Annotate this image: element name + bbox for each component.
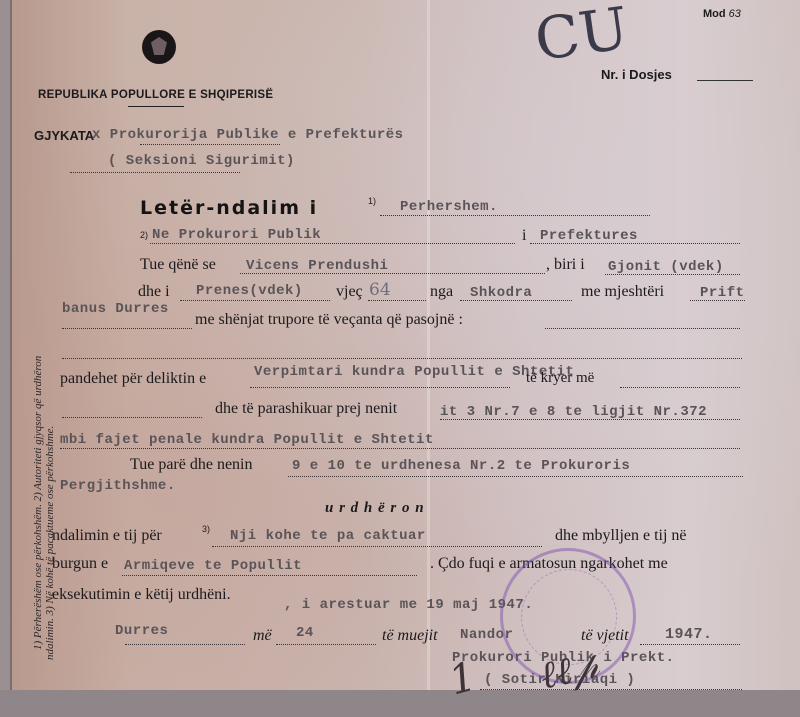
model-number: 63: [729, 8, 741, 20]
law-label: dhe të parashikuar prej nenit: [215, 400, 397, 418]
father-line: [605, 274, 740, 275]
age-label: vjeç: [336, 283, 363, 301]
year-typed: 1947.: [665, 626, 713, 643]
age-line: [368, 300, 426, 301]
prefecture-typed: Prefektures: [540, 228, 638, 244]
model-label-text: Mod: [703, 8, 726, 20]
residence-typed: banus Durres: [62, 301, 169, 317]
authority-line: [150, 243, 515, 244]
from-label: nga: [430, 283, 453, 301]
republic-heading: REPUBLIKA POPULLORE E SHQIPERISË: [38, 89, 273, 101]
court-line: [140, 144, 280, 145]
execution-label: eksekutimin e këtij urdhëni.: [52, 586, 231, 604]
heading-underline: [128, 106, 184, 107]
model-label: Mod 63: [703, 8, 741, 20]
father-typed: Gjonit (vdek): [608, 259, 724, 275]
duration-line: [212, 546, 542, 547]
origin-line: [460, 300, 572, 301]
file-number-line: [697, 80, 753, 81]
law-line-left: [62, 417, 202, 418]
footnote-ref-2: 2): [140, 230, 148, 240]
closing-label: dhe mbylljen e tij në: [555, 527, 687, 545]
handwritten-mark: CU: [531, 0, 633, 74]
document-title: Letër-ndalim i: [140, 197, 318, 219]
seen-typed: 9 e 10 te urdhenesa Nr.2 te Prokuroris: [292, 458, 630, 474]
prison-line: [122, 575, 417, 576]
side-note-2: ndalimin. 3) Në kohë të pacaktueme ose p…: [44, 426, 56, 660]
residence-line: [62, 328, 192, 329]
side-note-1: 1) Përherëshëm ose përkohshëm. 2) Autori…: [32, 356, 44, 650]
arrest-type-typed: Perhershem.: [400, 199, 498, 215]
authority-typed: Ne Prokurori Publik: [152, 227, 321, 243]
arrested-typed: , i arestuar me 19 maj 1947.: [284, 597, 533, 613]
origin-typed: Shkodra: [470, 285, 532, 301]
law-cont-typed: mbi fajet penale kundra Popullit e Shtet…: [60, 432, 434, 448]
crime-line: [250, 387, 510, 388]
place-line: [125, 644, 245, 645]
age-handwritten: 64: [369, 280, 391, 300]
footnote-ref-3: 3): [202, 524, 210, 534]
features-line-2: [62, 358, 742, 359]
court-typed: x Prokurorija Publike e Prefekturës: [92, 127, 404, 143]
day-typed: 24: [296, 625, 314, 641]
seen-line: [288, 476, 743, 477]
prison-typed: Armiqeve te Popullit: [124, 558, 302, 574]
place-typed: Durres: [115, 623, 168, 639]
mother-line: [180, 300, 330, 301]
law-cont-line: [60, 448, 740, 449]
features-line: [545, 328, 740, 329]
seen-label: Tue parë dhe nenin: [130, 456, 253, 474]
arrest-label: ndalimin e tij për: [52, 527, 162, 545]
seen-cont-typed: Pergjithshme.: [60, 478, 176, 494]
law-line: [440, 419, 740, 420]
authority-of-label: i: [522, 227, 526, 245]
and-label: dhe i: [138, 283, 170, 301]
name-typed: Vicens Prendushi: [246, 258, 388, 274]
son-of-label: , biri i: [546, 256, 585, 274]
paper-fold: [427, 0, 430, 700]
features-label: me shënjat trupore të veçanta që pasojnë…: [195, 311, 463, 329]
footnote-ref-1: 1): [368, 196, 376, 206]
background-surface: [0, 690, 800, 717]
profession-line: [690, 300, 745, 301]
section-line: [70, 172, 240, 173]
profession-typed: Prift: [700, 285, 745, 301]
being-label: Tue qënë se: [140, 256, 216, 274]
year-line: [640, 644, 740, 645]
prefecture-line: [530, 243, 740, 244]
prison-label: burgun e: [52, 555, 108, 573]
committed-label: të kryer më: [526, 370, 594, 387]
on-label: më: [253, 627, 272, 645]
court-label: GJYKATA: [34, 128, 94, 143]
section-typed: ( Seksioni Sigurimit): [108, 153, 295, 169]
crime-label: pandehet për deliktin e: [60, 370, 206, 388]
month-label: të muejit: [382, 627, 438, 645]
file-number-label: Nr. i Dosjes: [601, 67, 672, 82]
signatory-line: [480, 689, 742, 690]
mother-typed: Prenes(vdek): [196, 283, 303, 299]
state-emblem-icon: [142, 30, 176, 64]
duration-typed: Nji kohe te pa caktuar: [230, 528, 426, 544]
title-line: [380, 215, 650, 216]
order-heading: u r d h ë r o n: [325, 500, 425, 517]
law-typed: it 3 Nr.7 e 8 te ligjit Nr.372: [440, 404, 707, 420]
profession-label: me mjeshtëri: [581, 283, 664, 301]
committed-line: [620, 387, 740, 388]
name-line: [240, 273, 545, 274]
day-line: [276, 644, 376, 645]
